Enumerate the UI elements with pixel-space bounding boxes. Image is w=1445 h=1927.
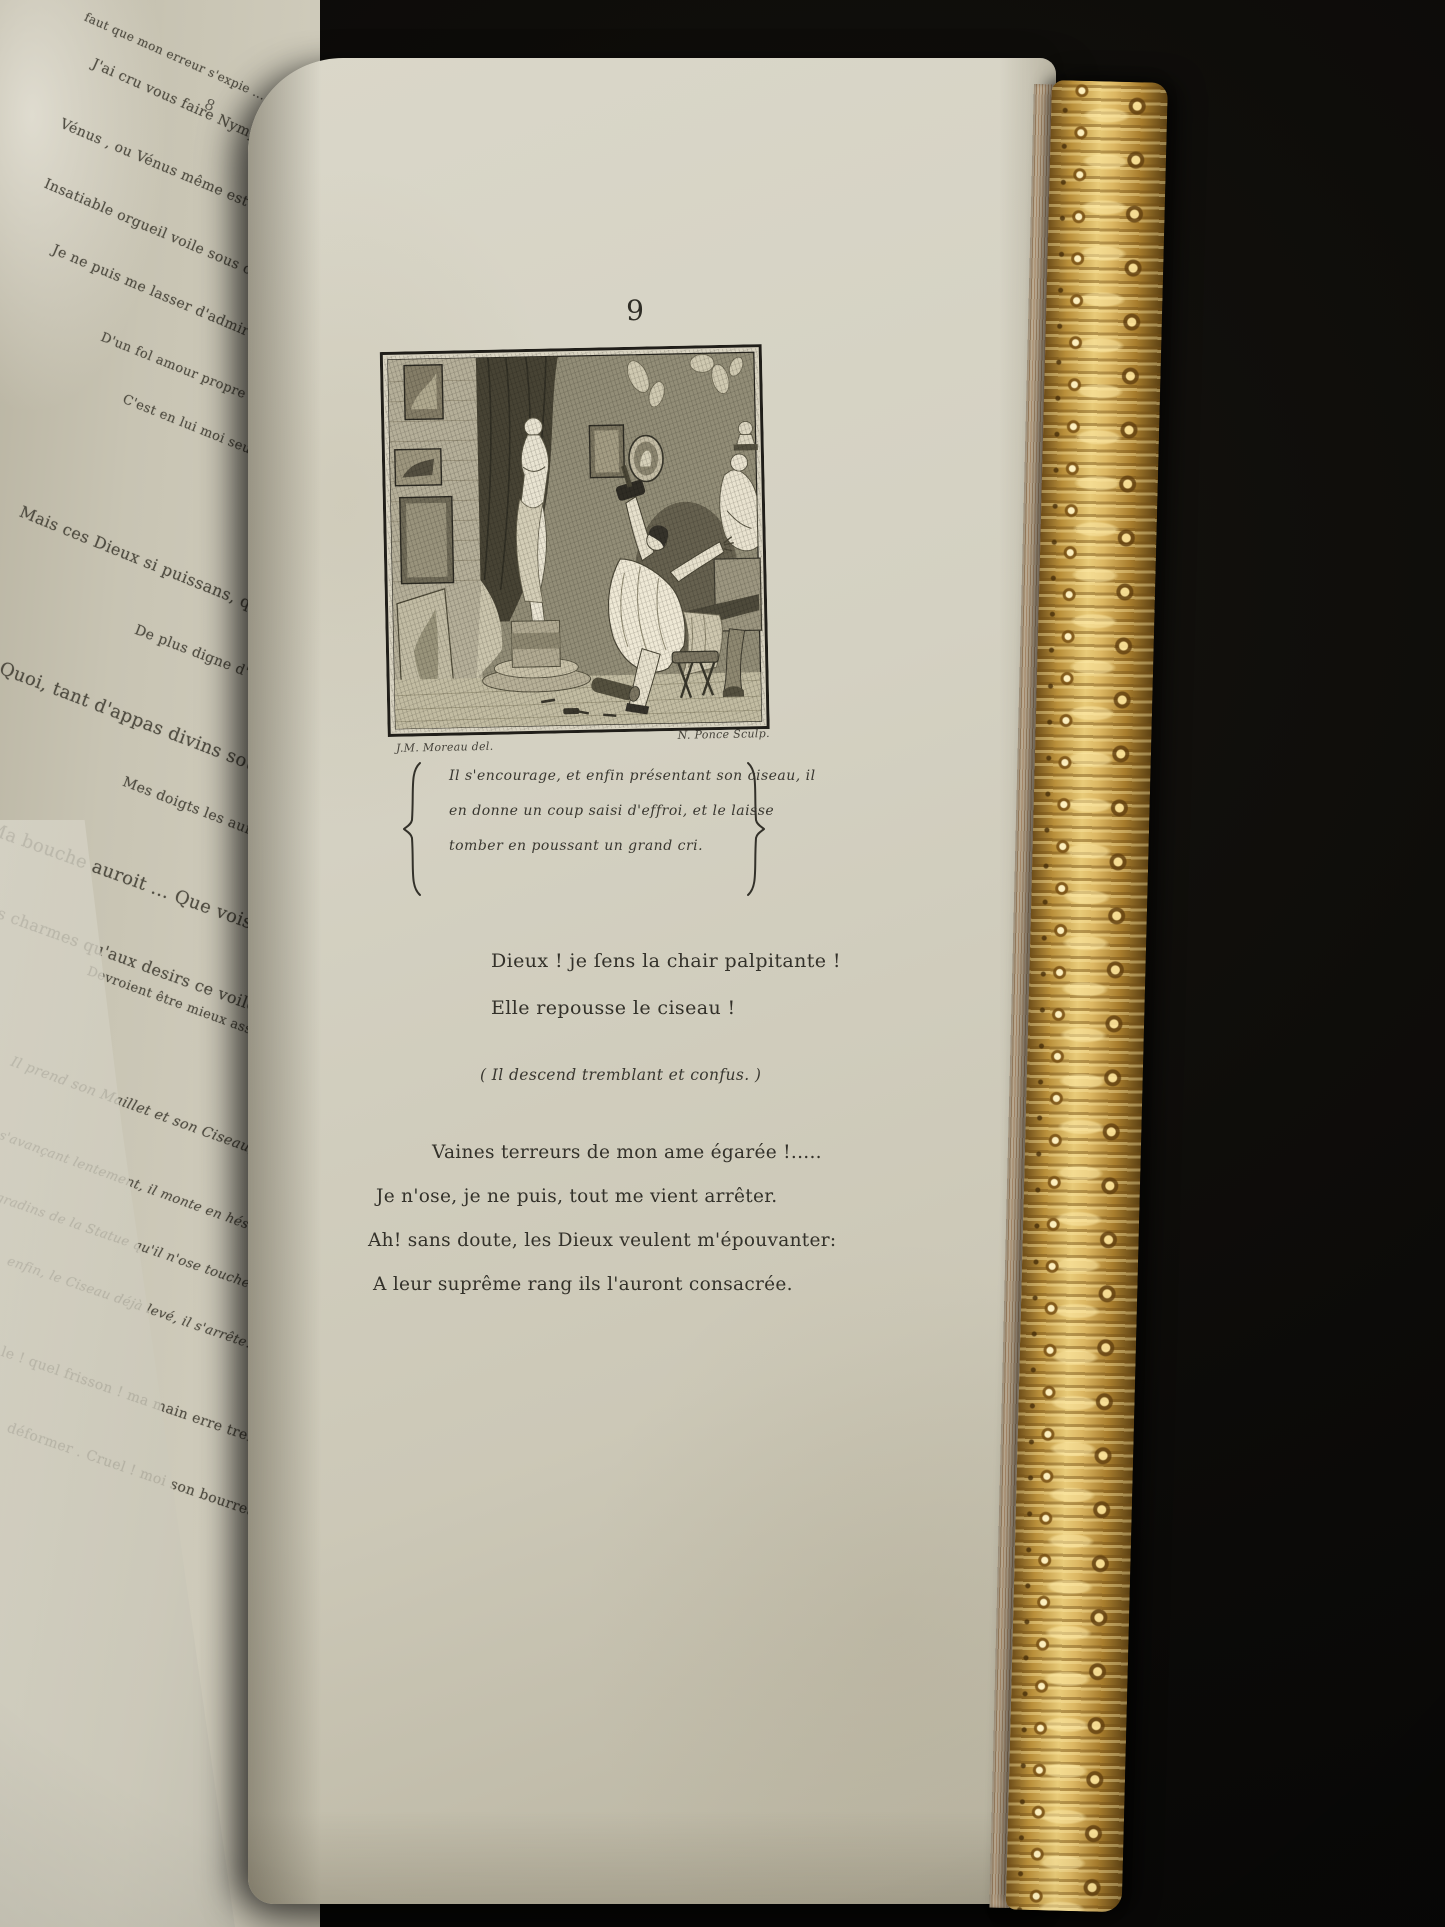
verse2-line-1: Vaines terreurs de mon ame égarée !..... (432, 1142, 836, 1163)
verse1-line-2: Elle repousse le ciseau ! (491, 997, 841, 1019)
verse2-line-2: Je n'ose, je ne puis, tout me vient arrê… (376, 1186, 836, 1207)
engraving-credits: J.M. Moreau del. N. Ponce Sculp. (396, 734, 770, 755)
engraving-plate (380, 344, 770, 737)
verse1-line-1: Dieux ! je ſens la chair palpitante ! (491, 950, 841, 972)
braced-note-text: Il s'encourage, et enfin présentant son … (449, 768, 816, 873)
verse2-line-3: Ah! sans doute, les Dieux veulent m'épou… (368, 1230, 836, 1251)
engraving-credit-left: J.M. Moreau del. (396, 740, 494, 755)
verse-block-2: Vaines terreurs de mon ame égarée !.....… (368, 1142, 836, 1318)
verse2-line-4: A leur suprême rang ils l'auront consacr… (373, 1274, 836, 1295)
verso-text-line-1: faut que mon erreur s'expie ... (82, 10, 268, 103)
engraving: J.M. Moreau del. N. Ponce Sculp. (380, 344, 773, 764)
photo-of-open-antique-book: { "photo": { "description": "Photograph … (0, 0, 1445, 1927)
braced-note-line-2: en donne un coup saisi d'effroi, et le l… (449, 803, 816, 819)
verse-block-1: Dieux ! je ſens la chair palpitante !Ell… (491, 950, 841, 1044)
braced-note-line-3: tomber en poussant un grand cri. (449, 838, 816, 854)
engraving-credit-right: N. Ponce Sculp. (678, 727, 770, 742)
recto-page-number: 9 (600, 294, 670, 327)
recto-page: 9 (248, 58, 1056, 1904)
stage-direction: ( Il descend tremblant et confus. ) (480, 1066, 761, 1084)
braced-stage-direction: Il s'encourage, et enfin présentant son … (403, 758, 783, 903)
left-brace (403, 760, 423, 898)
braced-note-line-1: Il s'encourage, et enfin présentant son … (449, 768, 816, 784)
